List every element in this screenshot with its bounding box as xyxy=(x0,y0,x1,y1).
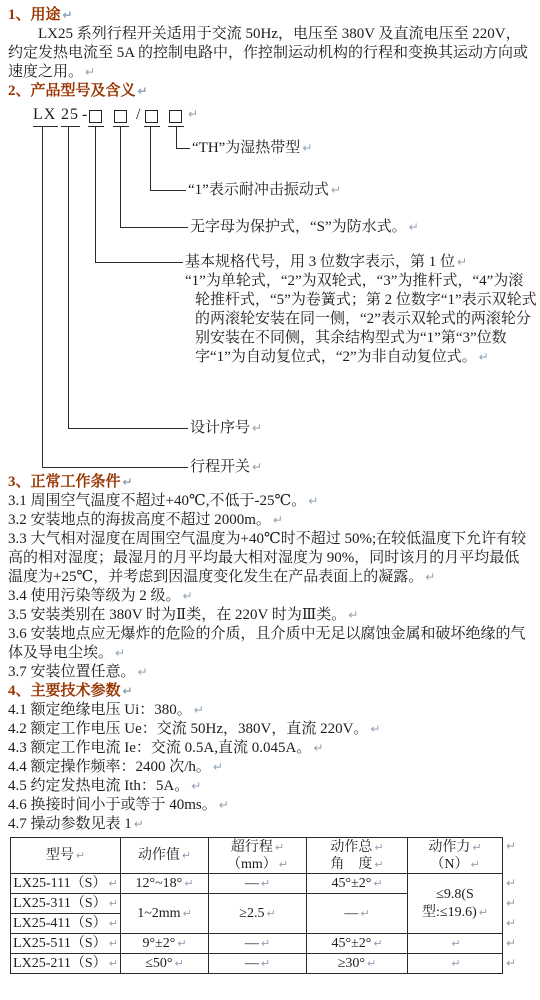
paragraph-mark: ↵ xyxy=(479,350,489,364)
cell-action-value: 9°±2°↵ xyxy=(121,934,209,954)
paragraph-mark: ↵ xyxy=(191,779,201,793)
model-series-25: 25 xyxy=(61,106,79,124)
paragraph-mark: ↵ xyxy=(108,877,117,890)
paragraph-mark: ↵ xyxy=(183,907,192,920)
underline-segment xyxy=(113,126,129,127)
label-travel-switch: 行程开关↵ xyxy=(190,458,262,477)
paragraph-mark: ↵ xyxy=(252,460,262,474)
section-4-heading: 4、主要技术参数↵ xyxy=(8,682,532,701)
cell-action-value-merged: 1~2mm↵ xyxy=(121,894,209,934)
parameter-item: 4.2 额定工作电压 Ue：交流 50Hz，380V，直流 220V。↵ xyxy=(8,720,532,739)
paragraph-mark: ↵ xyxy=(109,937,118,950)
parameter-item: 4.7 操动参数见表 1↵ xyxy=(8,815,532,834)
header-action-force: 动作力↵（N）↵ xyxy=(408,838,503,874)
paragraph-mark: ↵ xyxy=(182,849,191,862)
paragraph-mark: ↵ xyxy=(451,937,460,950)
paragraph-mark: ↵ xyxy=(472,841,481,854)
section-2-heading: 2、产品型号及含义↵ xyxy=(8,82,532,101)
model-box-enclosure xyxy=(114,110,127,123)
paragraph-mark: ↵ xyxy=(506,839,516,853)
paragraph-mark: ↵ xyxy=(183,589,193,603)
table-row: LX25-211（S）↵ ≤50°↵ —↵ ≥30°↵ ↵ xyxy=(11,954,503,974)
paragraph-mark: ↵ xyxy=(370,722,380,736)
paragraph-mark: ↵ xyxy=(374,858,383,871)
cell-total-angle: 45°±2°↵ xyxy=(307,934,408,954)
paragraph-mark: ↵ xyxy=(331,183,341,197)
cell-action-value: ≤50°↵ xyxy=(121,954,209,974)
cell-overtravel: —↵ xyxy=(209,934,307,954)
condition-item: 3.2 安装地点的海拔高度不超过 2000m。↵ xyxy=(8,511,532,530)
label-th-type: “TH”为湿热带型↵ xyxy=(192,139,312,158)
paragraph-mark: ↵ xyxy=(470,858,479,871)
paragraph-mark: ↵ xyxy=(184,877,193,890)
cell-model: LX25-511（S）↵ xyxy=(11,934,121,954)
paragraph-mark: ↵ xyxy=(506,916,516,930)
paragraph-mark: ↵ xyxy=(109,957,118,970)
paragraph-mark: ↵ xyxy=(266,907,275,920)
heading-text: 4、主要技术参数 xyxy=(8,683,121,699)
cell-total-angle: ≥30°↵ xyxy=(307,954,408,974)
table-header-row: 型号↵ 动作值↵ 超行程↵（mm）↵ 动作总↵角 度↵ 动作力↵（N）↵ xyxy=(11,838,503,874)
paragraph-mark: ↵ xyxy=(409,220,419,234)
underline-segment xyxy=(33,126,58,127)
paragraph-mark: ↵ xyxy=(308,494,318,508)
parameter-item: 4.1 额定绝缘电压 Ui：380。↵ xyxy=(8,701,532,720)
table-row: LX25-511（S）↵ 9°±2°↵ —↵ 45°±2°↵ ↵ xyxy=(11,934,503,954)
parameter-table-wrapper: 型号↵ 动作值↵ 超行程↵（mm）↵ 动作总↵角 度↵ 动作力↵（N）↵ LX2… xyxy=(10,837,502,974)
section-1-paragraph: LX25 系列行程开关适用于交流 50Hz，电压至 380V 及直流电压至 22… xyxy=(8,25,532,82)
paragraph-mark: ↵ xyxy=(457,255,467,269)
paragraph-mark: ↵ xyxy=(138,84,148,98)
leader-line-th xyxy=(176,127,177,148)
header-model: 型号↵ xyxy=(11,838,121,874)
parameter-item: 4.4 额定操作频率：2400 次/h。↵ xyxy=(8,758,532,777)
paragraph-mark: ↵ xyxy=(134,817,144,831)
underline-segment xyxy=(88,126,104,127)
leader-line-enclosure xyxy=(120,127,121,227)
paragraph-mark: ↵ xyxy=(302,141,312,155)
paragraph-mark: ↵ xyxy=(213,760,223,774)
condition-item: 3.4 使用污染等级为 2 级。↵ xyxy=(8,587,532,606)
condition-item: 3.6 安装地点应无爆炸的危险的介质，且介质中无足以腐蚀金属和破坏绝缘的气体及导… xyxy=(8,625,532,663)
paragraph-mark: ↵ xyxy=(252,421,262,435)
leader-line-shock xyxy=(150,127,151,190)
paragraph-mark: ↵ xyxy=(123,475,133,489)
paragraph-mark: ↵ xyxy=(188,107,198,121)
label-spec-code-line1: 基本规格代号，用 3 位数字表示，第 1 位↵ xyxy=(185,253,467,272)
cell-model: LX25-211（S）↵ xyxy=(11,954,121,974)
paragraph-mark: ↵ xyxy=(348,608,358,622)
paragraph-mark: ↵ xyxy=(273,513,283,527)
section-3-heading: 3、正常工作条件↵ xyxy=(8,473,532,492)
table-row: LX25-111（S）↵ 12°~18°↵ —↵ 45°±2°↵ ≤9.8(S … xyxy=(11,874,503,894)
label-spec-code-body: “1”为单轮式，“2”为双轮式，“3”为推杆式，“4”为滚轮推杆式，“5”为卷簧… xyxy=(185,272,537,367)
paragraph-mark: ↵ xyxy=(177,937,186,950)
paragraph-mark: ↵ xyxy=(425,570,435,584)
paragraph-mark: ↵ xyxy=(261,877,270,890)
leader-line-th-horizontal xyxy=(176,148,190,149)
paragraph-mark: ↵ xyxy=(76,849,85,862)
model-prefix-lx: LX xyxy=(33,106,56,124)
condition-item: 3.5 安装类别在 380V 时为Ⅱ类，在 220V 时为Ⅲ类。↵ xyxy=(8,606,532,625)
cell-model: LX25-311（S）↵ xyxy=(11,894,121,914)
leader-line-travel-switch xyxy=(42,127,43,467)
paragraph-mark: ↵ xyxy=(275,841,284,854)
paragraph-mark: ↵ xyxy=(123,684,133,698)
paragraph-mark: ↵ xyxy=(138,665,148,679)
model-number-diagram: LX 25 - / ↵ “TH”为湿热带型↵ “1”表示耐冲击振动式↵ 无字 xyxy=(8,101,532,473)
parameter-item: 4.6 换接时间小于或等于 40ms。↵ xyxy=(8,796,532,815)
cell-total-angle: 45°±2°↵ xyxy=(307,874,408,894)
paragraph-mark: ↵ xyxy=(63,8,73,22)
heading-text: 1、用途 xyxy=(8,7,61,23)
heading-text: 3、正常工作条件 xyxy=(8,474,121,490)
label-design-number: 设计序号↵ xyxy=(190,419,262,438)
paragraph-mark: ↵ xyxy=(506,936,516,950)
paragraph-mark: ↵ xyxy=(109,917,118,930)
paragraph-mark: ↵ xyxy=(373,937,382,950)
model-box-shock xyxy=(145,110,158,123)
paragraph-mark: ↵ xyxy=(367,957,376,970)
paragraph-mark: ↵ xyxy=(374,841,383,854)
cell-overtravel-merged: ≥2.5↵ xyxy=(209,894,307,934)
cell-action-force-empty: ↵ xyxy=(408,954,503,974)
paragraph-mark: ↵ xyxy=(451,957,460,970)
cell-action-value: 12°~18°↵ xyxy=(121,874,209,894)
heading-text: 2、产品型号及含义 xyxy=(8,83,136,99)
parameter-table: 型号↵ 动作值↵ 超行程↵（mm）↵ 动作总↵角 度↵ 动作力↵（N）↵ LX2… xyxy=(10,837,503,974)
model-box-th xyxy=(169,110,182,123)
cell-model: LX25-411（S）↵ xyxy=(11,914,121,934)
cell-action-force-merged: ≤9.8(S 型:≤19.6)↵ xyxy=(408,874,503,934)
leader-line-spec-code xyxy=(95,127,96,262)
section-1-heading: 1、用途↵ xyxy=(8,6,532,25)
condition-item: 3.3 大气相对湿度在周围空气温度为+40℃时不超过 50%;在较低温度下允许有… xyxy=(8,530,532,587)
leader-line-shock-horizontal xyxy=(150,190,186,191)
header-action-value: 动作值↵ xyxy=(121,838,209,874)
paragraph-mark: ↵ xyxy=(373,877,382,890)
paragraph-mark: ↵ xyxy=(109,897,118,910)
paragraph-mark: ↵ xyxy=(85,65,95,79)
leader-line-travel-horizontal xyxy=(42,467,188,468)
underline-segment xyxy=(144,126,160,127)
parameter-item: 4.5 约定发热电流 Ith：5A。↵ xyxy=(8,777,532,796)
model-slash: / xyxy=(136,106,141,124)
leader-line-spec-horizontal xyxy=(95,262,183,263)
cell-total-angle-merged: —↵ xyxy=(307,894,408,934)
paragraph-mark: ↵ xyxy=(506,956,516,970)
header-total-angle: 动作总↵角 度↵ xyxy=(307,838,408,874)
paragraph-mark: ↵ xyxy=(506,876,516,890)
paragraph-mark: ↵ xyxy=(261,937,270,950)
condition-item: 3.7 安装位置任意。↵ xyxy=(8,663,532,682)
paragraph-mark: ↵ xyxy=(506,896,516,910)
label-shock-type: “1”表示耐冲击振动式↵ xyxy=(188,181,341,200)
paragraph-mark: ↵ xyxy=(313,741,323,755)
underline-segment xyxy=(61,126,80,127)
paragraph-mark: ↵ xyxy=(115,646,125,660)
paragraph-mark: ↵ xyxy=(219,798,229,812)
header-overtravel: 超行程↵（mm）↵ xyxy=(209,838,307,874)
leader-line-enclosure-horizontal xyxy=(120,227,188,228)
model-dash: - xyxy=(82,106,88,124)
model-box-spec xyxy=(89,110,102,123)
cell-model: LX25-111（S）↵ xyxy=(11,874,121,894)
label-enclosure-type: 无字母为保护式，“S”为防水式。↵ xyxy=(190,218,419,237)
paragraph-mark: ↵ xyxy=(360,907,369,920)
leader-line-design-number xyxy=(68,127,69,428)
paragraph-mark: ↵ xyxy=(279,858,288,871)
cell-overtravel: —↵ xyxy=(209,954,307,974)
paragraph-mark: ↵ xyxy=(194,703,204,717)
cell-overtravel: —↵ xyxy=(209,874,307,894)
document-page: 1、用途↵ LX25 系列行程开关适用于交流 50Hz，电压至 380V 及直流… xyxy=(0,0,540,1000)
paragraph-mark: ↵ xyxy=(175,957,184,970)
leader-line-design-horizontal xyxy=(68,428,188,429)
paragraph-mark: ↵ xyxy=(261,957,270,970)
condition-item: 3.1 周围空气温度不超过+40℃,不低于-25℃。↵ xyxy=(8,492,532,511)
cell-action-force-empty: ↵ xyxy=(408,934,503,954)
parameter-item: 4.3 额定工作电流 Ie：交流 0.5A,直流 0.045A。↵ xyxy=(8,739,532,758)
paragraph-mark: ↵ xyxy=(479,906,488,919)
